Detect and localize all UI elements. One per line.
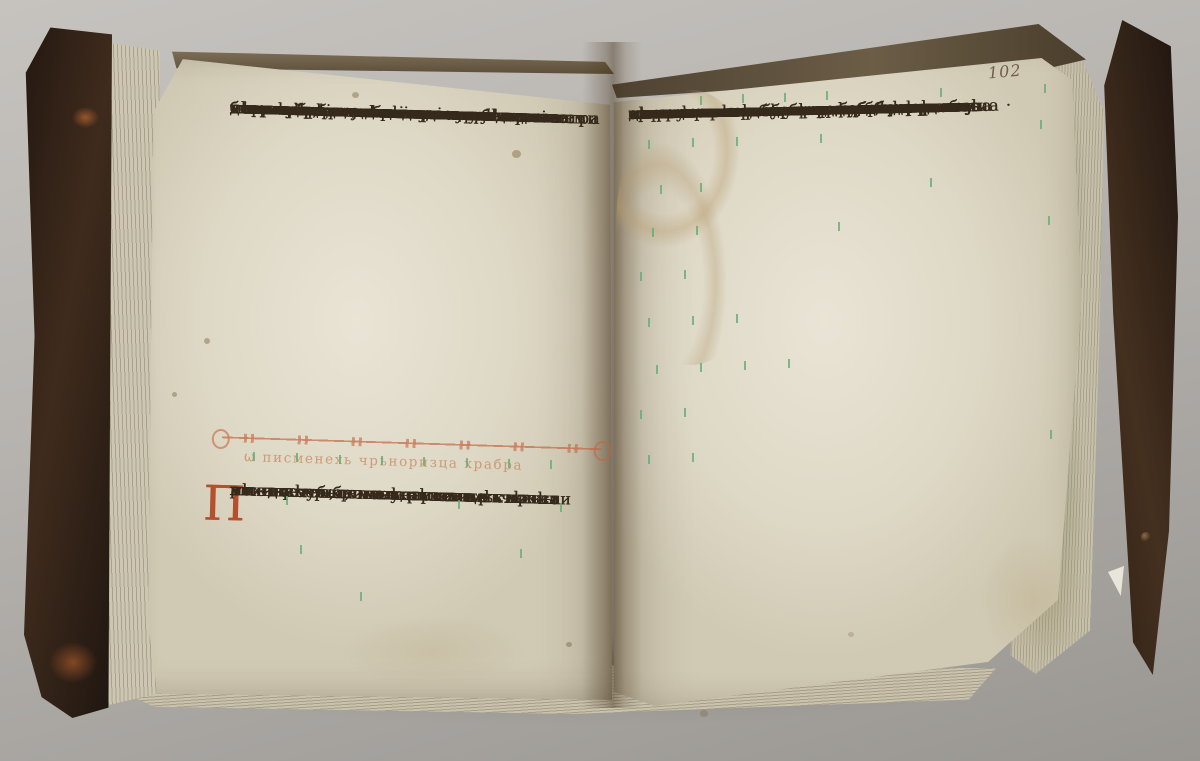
green-tick-mark [339, 455, 341, 464]
green-tick-mark [300, 545, 302, 554]
green-tick-mark [423, 457, 425, 466]
green-tick-mark [940, 88, 942, 97]
left-leather-cover [24, 24, 112, 718]
green-tick-mark [692, 316, 694, 325]
green-tick-mark [742, 94, 744, 103]
green-tick-mark [660, 185, 662, 194]
green-tick-mark [784, 93, 786, 102]
green-tick-mark [1044, 84, 1046, 93]
foxing-speck [566, 642, 572, 647]
green-tick-mark [788, 359, 790, 368]
green-tick-mark [744, 361, 746, 370]
green-tick-mark [1040, 120, 1042, 129]
green-tick-mark [700, 363, 702, 372]
green-tick-mark [820, 134, 822, 143]
manuscript-photo: и прочіи блговѣрніи и въселенстіи съборн… [0, 0, 1200, 761]
green-tick-mark [560, 503, 562, 512]
foxing-speck [352, 92, 359, 98]
green-tick-mark [826, 91, 828, 100]
green-tick-mark [652, 228, 654, 237]
foxing-speck [848, 632, 854, 637]
debris-speck [700, 710, 708, 717]
green-tick-mark [286, 496, 288, 505]
foxing-speck [172, 392, 177, 397]
green-tick-mark [648, 455, 650, 464]
green-tick-mark [360, 592, 362, 601]
green-tick-mark [684, 270, 686, 279]
green-tick-mark [736, 137, 738, 146]
green-tick-mark [696, 226, 698, 235]
green-tick-mark [692, 453, 694, 462]
green-tick-mark [508, 459, 510, 468]
green-tick-mark [648, 140, 650, 149]
green-tick-mark [684, 408, 686, 417]
green-tick-mark [640, 272, 642, 281]
page-stain [318, 606, 548, 696]
water-stain [616, 90, 766, 365]
green-tick-mark [466, 458, 468, 467]
green-tick-mark [656, 365, 658, 374]
green-tick-mark [458, 500, 460, 509]
green-tick-mark [736, 314, 738, 323]
green-tick-mark [1050, 430, 1052, 439]
foxing-speck [512, 150, 521, 158]
page-number: 102 [987, 61, 1022, 83]
green-tick-mark [640, 410, 642, 419]
page-stain [968, 520, 1098, 680]
green-tick-mark [381, 456, 383, 465]
fore-edge-chip [1108, 566, 1124, 596]
green-tick-mark [1048, 216, 1050, 225]
foxing-speck [204, 338, 210, 344]
green-tick-mark [838, 222, 840, 231]
green-tick-mark [692, 138, 694, 147]
green-tick-mark [648, 318, 650, 327]
green-tick-mark [296, 453, 298, 462]
left-page [148, 46, 612, 700]
green-tick-mark [930, 178, 932, 187]
green-tick-mark [253, 452, 255, 461]
cover-stud [1141, 532, 1151, 542]
green-tick-mark [700, 96, 702, 105]
green-tick-mark [700, 183, 702, 192]
green-tick-mark [520, 549, 522, 558]
green-tick-mark [550, 460, 552, 469]
